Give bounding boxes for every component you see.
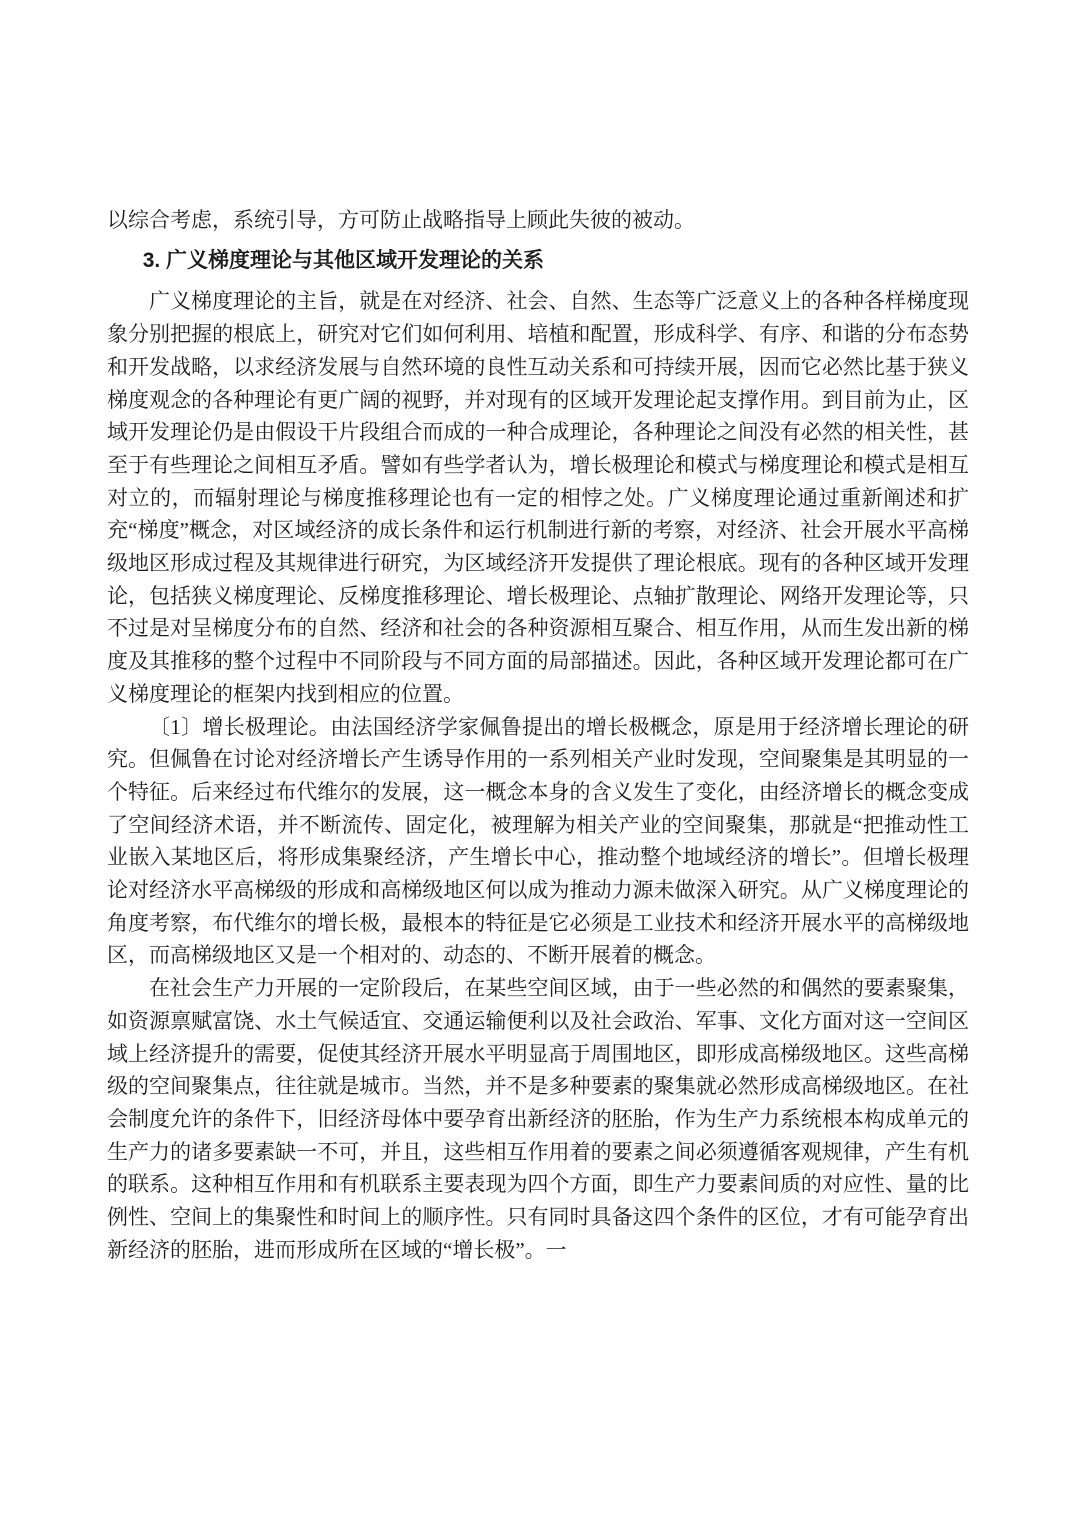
section-heading: 3. 广义梯度理论与其他区域开发理论的关系 (107, 245, 969, 278)
paragraph-2: 〔1〕增长极理论。由法国经济学家佩鲁提出的增长极概念，原是用于经济增长理论的研究… (107, 711, 969, 973)
paragraph-continuation: 以综合考虑，系统引导，方可防止战略指导上顾此失彼的被动。 (107, 204, 969, 237)
document-page: 以综合考虑，系统引导，方可防止战略指导上顾此失彼的被动。 3. 广义梯度理论与其… (0, 0, 1075, 1518)
paragraph-3: 在社会生产力开展的一定阶段后，在某些空间区域，由于一些必然的和偶然的要素聚集，如… (107, 972, 969, 1266)
paragraph-1: 广义梯度理论的主旨，就是在对经济、社会、自然、生态等广泛意义上的各种各样梯度现象… (107, 285, 969, 710)
page-content: 以综合考虑，系统引导，方可防止战略指导上顾此失彼的被动。 3. 广义梯度理论与其… (107, 204, 969, 1267)
